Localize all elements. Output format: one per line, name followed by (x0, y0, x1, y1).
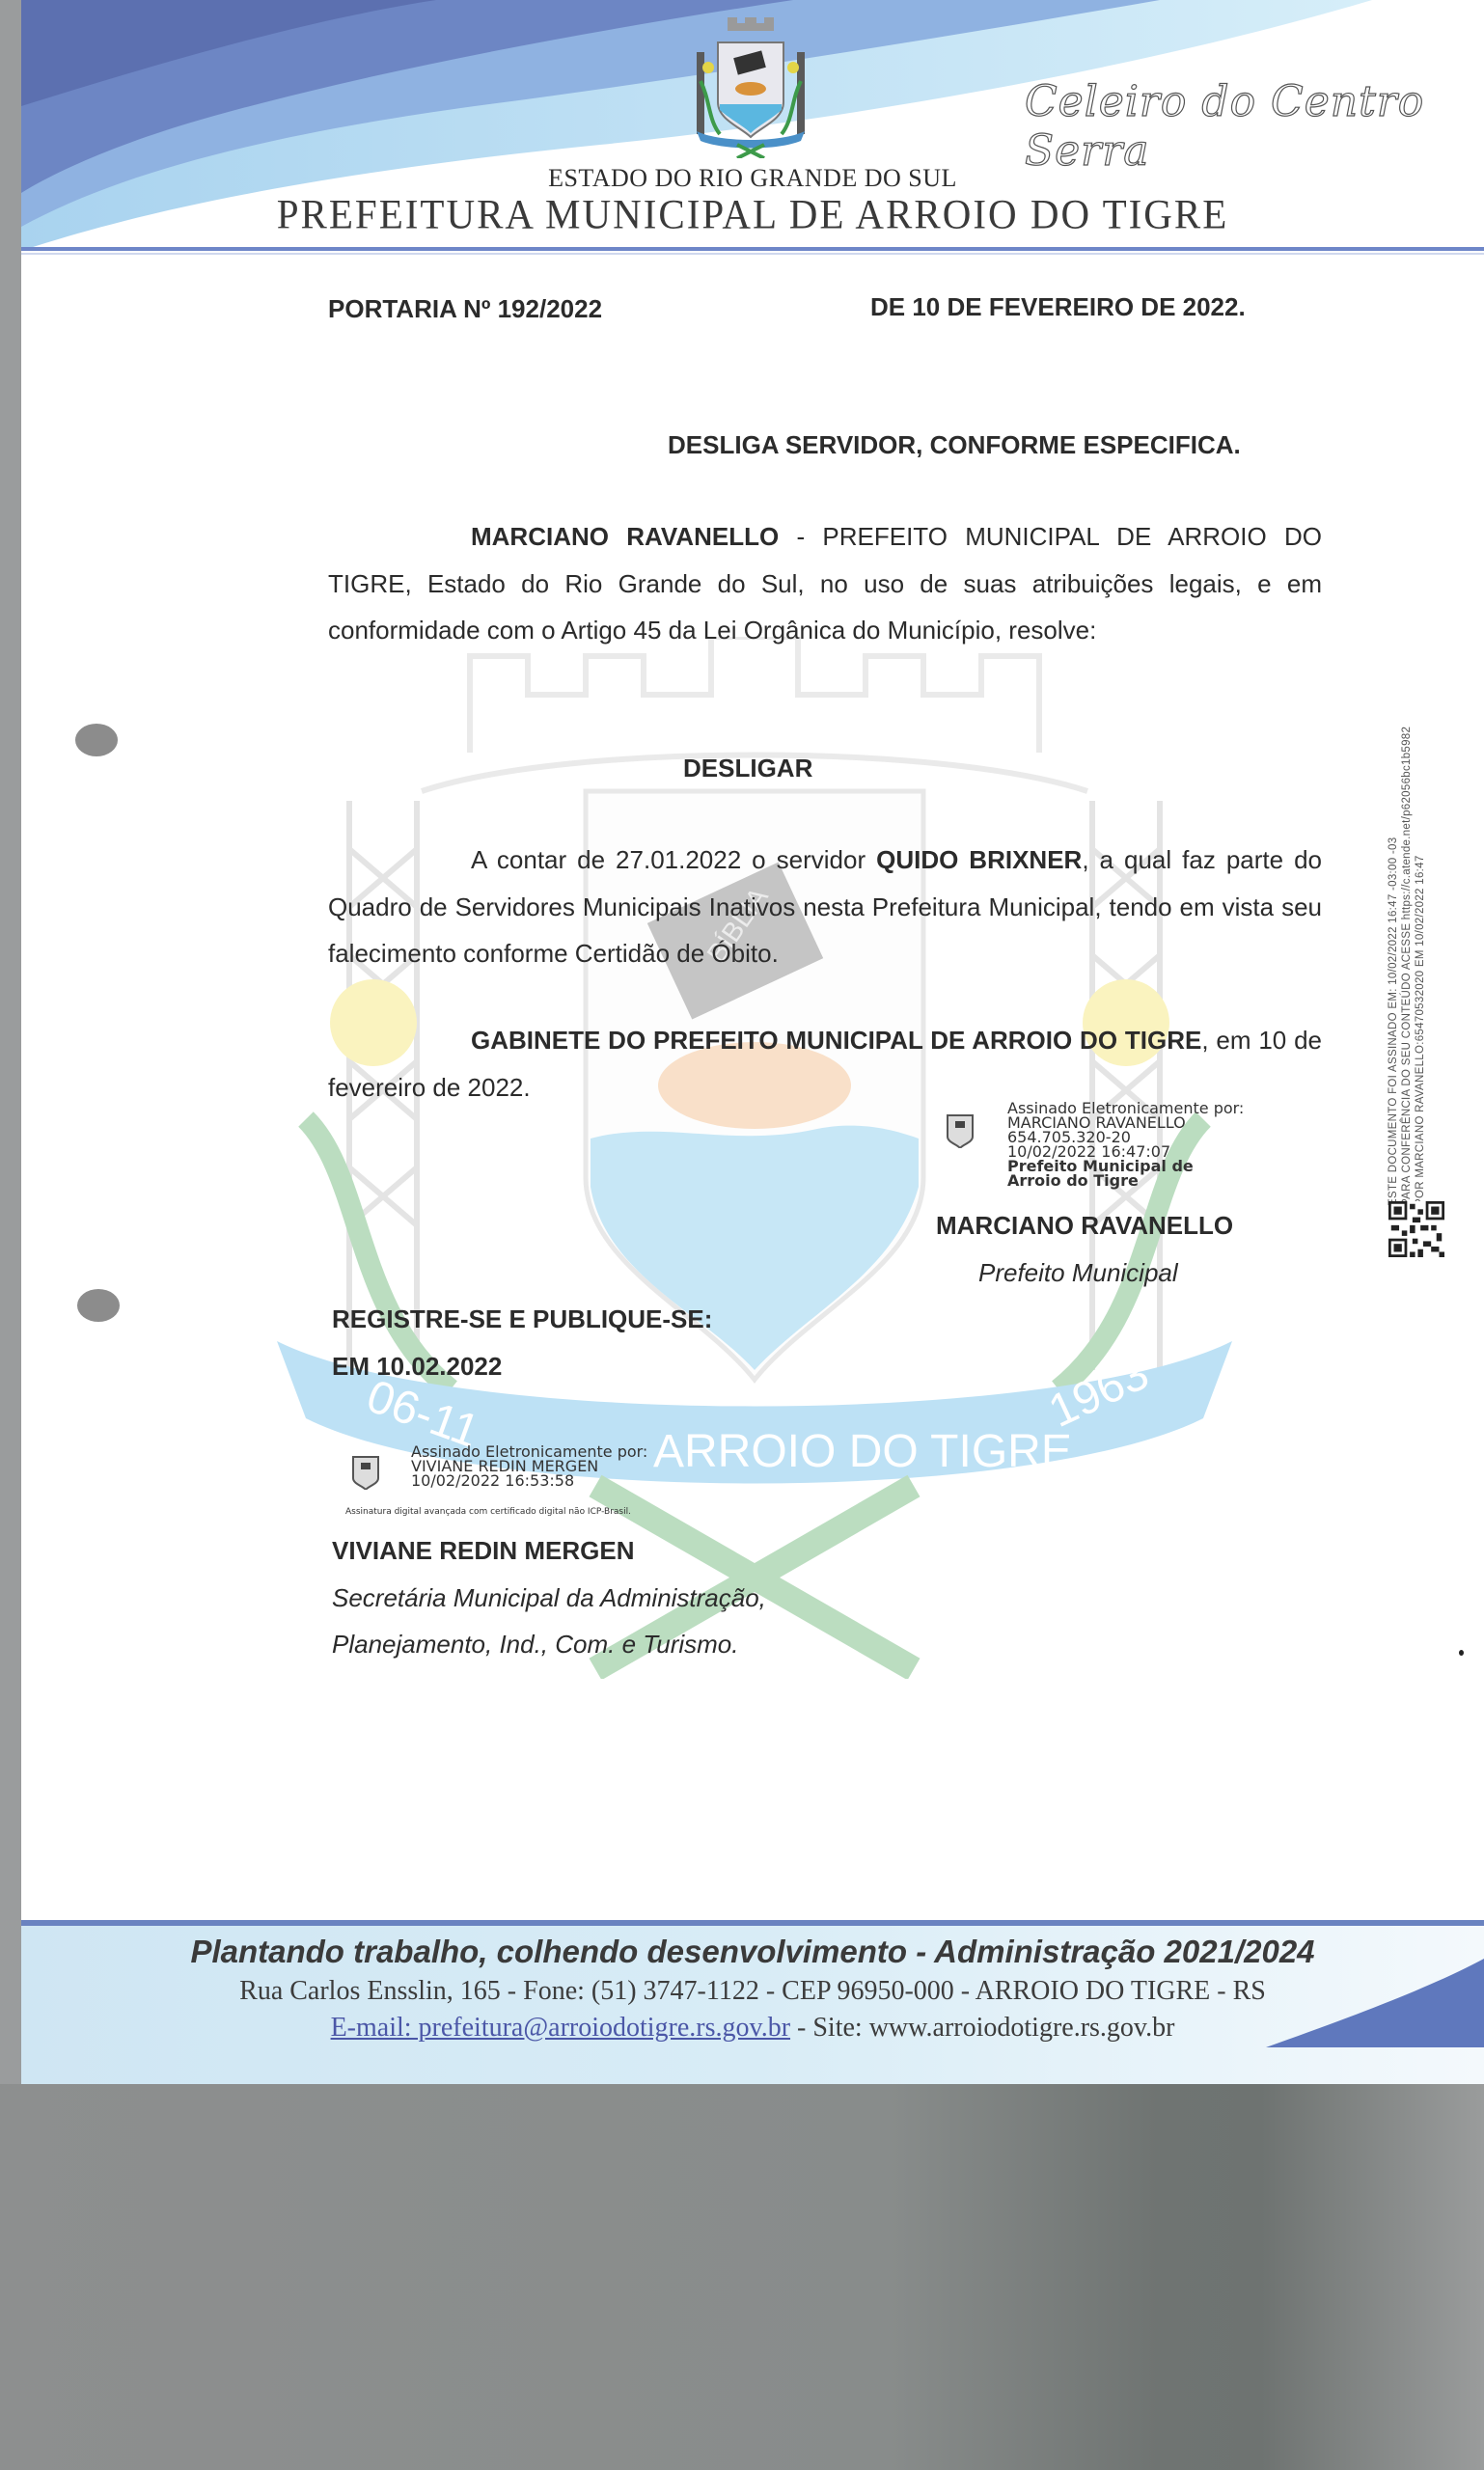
digital-signature-note: Assinatura digital avançada com certific… (345, 1507, 673, 1518)
coat-of-arms-icon (691, 14, 811, 158)
footer-contact: E-mail: prefeitura@arroiodotigre.rs.gov.… (21, 2013, 1484, 2044)
preamble-paragraph: MARCIANO RAVANELLO - PREFEITO MUNICIPAL … (328, 513, 1322, 654)
portaria-number: PORTARIA Nº 192/2022 (328, 286, 602, 332)
header-divider-light (21, 253, 1484, 255)
body-paragraph: A contar de 27.01.2022 o servidor QUIDO … (328, 837, 1322, 977)
closing-paragraph: GABINETE DO PREFEITO MUNICIPAL DE ARROIO… (328, 1017, 1322, 1111)
mayor-e-signature: Assinado Eletronicamente por: MARCIANO R… (1007, 1101, 1244, 1188)
institution-title: PREFEITURA MUNICIPAL DE ARROIO DO TIGRE (21, 190, 1484, 238)
signature-seal-icon (944, 1110, 976, 1148)
action-heading: DESLIGAR (683, 745, 812, 791)
site-text: - Site: www.arroiodotigre.rs.gov.br (790, 2013, 1174, 2043)
punch-hole (75, 724, 118, 756)
document-page: Celeiro do Centro Serra ESTADO DO RIO GR… (21, 0, 1484, 2084)
portaria-date: DE 10 DE FEVEREIRO DE 2022. (870, 284, 1246, 330)
footer-divider (21, 1920, 1484, 1926)
mayor-name-inline: MARCIANO RAVANELLO (471, 522, 779, 551)
state-name: ESTADO DO RIO GRANDE DO SUL (21, 164, 1484, 193)
municipal-motto: Celeiro do Centro Serra (1025, 77, 1484, 176)
secretary-role-line1: Secretária Municipal da Administração, (332, 1575, 766, 1621)
mayor-signature-name: MARCIANO RAVANELLO (936, 1202, 1233, 1249)
mayor-signature-role: Prefeito Municipal (978, 1249, 1178, 1296)
secretary-role-line2: Planejamento, Ind., Com. e Turismo. (332, 1621, 738, 1667)
registration-line: REGISTRE-SE E PUBLIQUE-SE: (332, 1296, 712, 1342)
svg-text:ARROIO DO TIGRE: ARROIO DO TIGRE (653, 1426, 1072, 1477)
scan-left-edge (0, 0, 21, 2084)
ementa: DESLIGA SERVIDOR, CONFORME ESPECIFICA. (668, 422, 1241, 468)
secretary-signature-name: VIVIANE REDIN MERGEN (332, 1527, 635, 1574)
footer-address: Rua Carlos Ensslin, 165 - Fone: (51) 374… (21, 1976, 1484, 2007)
footer-slogan: Plantando trabalho, colhendo desenvolvim… (21, 1934, 1484, 1970)
verification-stamp: ESTE DOCUMENTO FOI ASSINADO EM: 10/02/20… (1387, 727, 1427, 1206)
servant-name: QUIDO BRIXNER (876, 845, 1082, 874)
cabinet-name: GABINETE DO PREFEITO MUNICIPAL DE ARROIO… (471, 1026, 1201, 1055)
signature-seal-icon (349, 1451, 382, 1490)
secretary-e-signature: Assinado Eletronicamente por: VIVIANE RE… (411, 1444, 647, 1488)
registration-date: EM 10.02.2022 (332, 1343, 502, 1389)
header-divider (21, 247, 1484, 251)
scan-speck (1459, 1650, 1464, 1656)
email-link[interactable]: E-mail: prefeitura@arroiodotigre.rs.gov.… (331, 2013, 790, 2043)
qr-code-icon[interactable] (1388, 1201, 1444, 1257)
punch-hole (77, 1289, 120, 1322)
